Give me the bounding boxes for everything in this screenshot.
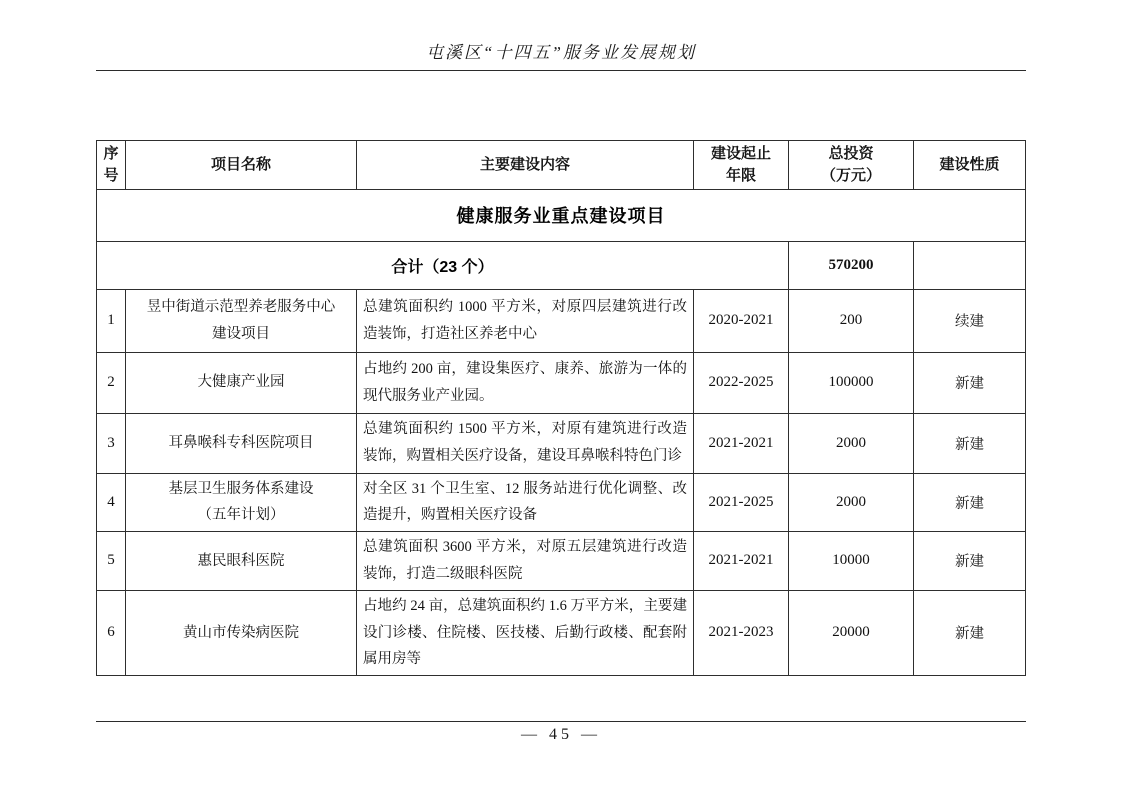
table-row: 4 基层卫生服务体系建设 （五年计划） 对全区 31 个卫生室、12 服务站进行… <box>97 473 1026 532</box>
cell-period: 2021-2021 <box>694 413 789 473</box>
cell-no: 6 <box>97 590 126 675</box>
table-row: 2 大健康产业园 占地约 200 亩，建设集医疗、康养、旅游为一体的现代服务业产… <box>97 352 1026 413</box>
cell-project-name: 大健康产业园 <box>126 352 357 413</box>
cell-period: 2021-2023 <box>694 590 789 675</box>
cell-content: 占地约 24 亩，总建筑面积约 1.6 万平方米，主要建设门诊楼、住院楼、医技楼… <box>357 590 694 675</box>
cell-investment: 2000 <box>789 473 914 532</box>
column-header-content: 主要建设内容 <box>357 141 694 190</box>
cell-period: 2021-2021 <box>694 532 789 591</box>
footer-rule <box>96 721 1026 722</box>
cell-period: 2022-2025 <box>694 352 789 413</box>
table-header-row: 序 号 项目名称 主要建设内容 建设起止 年限 总投资 （万元） 建设性质 <box>97 141 1026 190</box>
document-page: 屯溪区“十四五”服务业发展规划 序 号 项目名称 主要建设内容 建设起止 年限 … <box>0 0 1122 793</box>
cell-period: 2020-2021 <box>694 289 789 352</box>
cell-nature: 新建 <box>914 413 1026 473</box>
cell-no: 1 <box>97 289 126 352</box>
cell-nature: 新建 <box>914 532 1026 591</box>
cell-content: 总建筑面积 3600 平方米，对原五层建筑进行改造装饰，打造二级眼科医院 <box>357 532 694 591</box>
cell-nature: 新建 <box>914 473 1026 532</box>
column-header-period: 建设起止 年限 <box>694 141 789 190</box>
table-row: 1 昱中街道示范型养老服务中心 建设项目 总建筑面积约 1000 平方米，对原四… <box>97 289 1026 352</box>
total-nature <box>914 241 1026 289</box>
cell-project-name: 耳鼻喉科专科医院项目 <box>126 413 357 473</box>
page-title: 屯溪区“十四五”服务业发展规划 <box>96 38 1026 63</box>
table-row: 5 惠民眼科医院 总建筑面积 3600 平方米，对原五层建筑进行改造装饰，打造二… <box>97 532 1026 591</box>
total-investment: 570200 <box>789 241 914 289</box>
cell-project-name: 黄山市传染病医院 <box>126 590 357 675</box>
cell-project-name: 昱中街道示范型养老服务中心 建设项目 <box>126 289 357 352</box>
cell-project-name: 基层卫生服务体系建设 （五年计划） <box>126 473 357 532</box>
cell-no: 3 <box>97 413 126 473</box>
total-label: 合计（23 个） <box>97 241 789 289</box>
page-number: — 45 — <box>96 726 1026 744</box>
cell-project-name: 惠民眼科医院 <box>126 532 357 591</box>
cell-content: 对全区 31 个卫生室、12 服务站进行优化调整、改造提升，购置相关医疗设备 <box>357 473 694 532</box>
cell-no: 2 <box>97 352 126 413</box>
cell-investment: 100000 <box>789 352 914 413</box>
projects-table: 序 号 项目名称 主要建设内容 建设起止 年限 总投资 （万元） 建设性质 健康… <box>96 140 1026 676</box>
cell-nature: 新建 <box>914 352 1026 413</box>
table-row: 6 黄山市传染病医院 占地约 24 亩，总建筑面积约 1.6 万平方米，主要建设… <box>97 590 1026 675</box>
cell-nature: 新建 <box>914 590 1026 675</box>
cell-nature: 续建 <box>914 289 1026 352</box>
cell-content: 总建筑面积约 1000 平方米，对原四层建筑进行改造装饰，打造社区养老中心 <box>357 289 694 352</box>
column-header-no: 序 号 <box>97 141 126 190</box>
cell-investment: 20000 <box>789 590 914 675</box>
column-header-name: 项目名称 <box>126 141 357 190</box>
cell-investment: 10000 <box>789 532 914 591</box>
cell-investment: 2000 <box>789 413 914 473</box>
section-title: 健康服务业重点建设项目 <box>97 189 1026 241</box>
cell-period: 2021-2025 <box>694 473 789 532</box>
cell-content: 总建筑面积约 1500 平方米，对原有建筑进行改造装饰，购置相关医疗设备，建设耳… <box>357 413 694 473</box>
column-header-investment: 总投资 （万元） <box>789 141 914 190</box>
cell-no: 4 <box>97 473 126 532</box>
cell-content: 占地约 200 亩，建设集医疗、康养、旅游为一体的现代服务业产业园。 <box>357 352 694 413</box>
header-rule <box>96 70 1026 71</box>
column-header-nature: 建设性质 <box>914 141 1026 190</box>
cell-investment: 200 <box>789 289 914 352</box>
section-title-row: 健康服务业重点建设项目 <box>97 189 1026 241</box>
total-row: 合计（23 个） 570200 <box>97 241 1026 289</box>
table-row: 3 耳鼻喉科专科医院项目 总建筑面积约 1500 平方米，对原有建筑进行改造装饰… <box>97 413 1026 473</box>
cell-no: 5 <box>97 532 126 591</box>
